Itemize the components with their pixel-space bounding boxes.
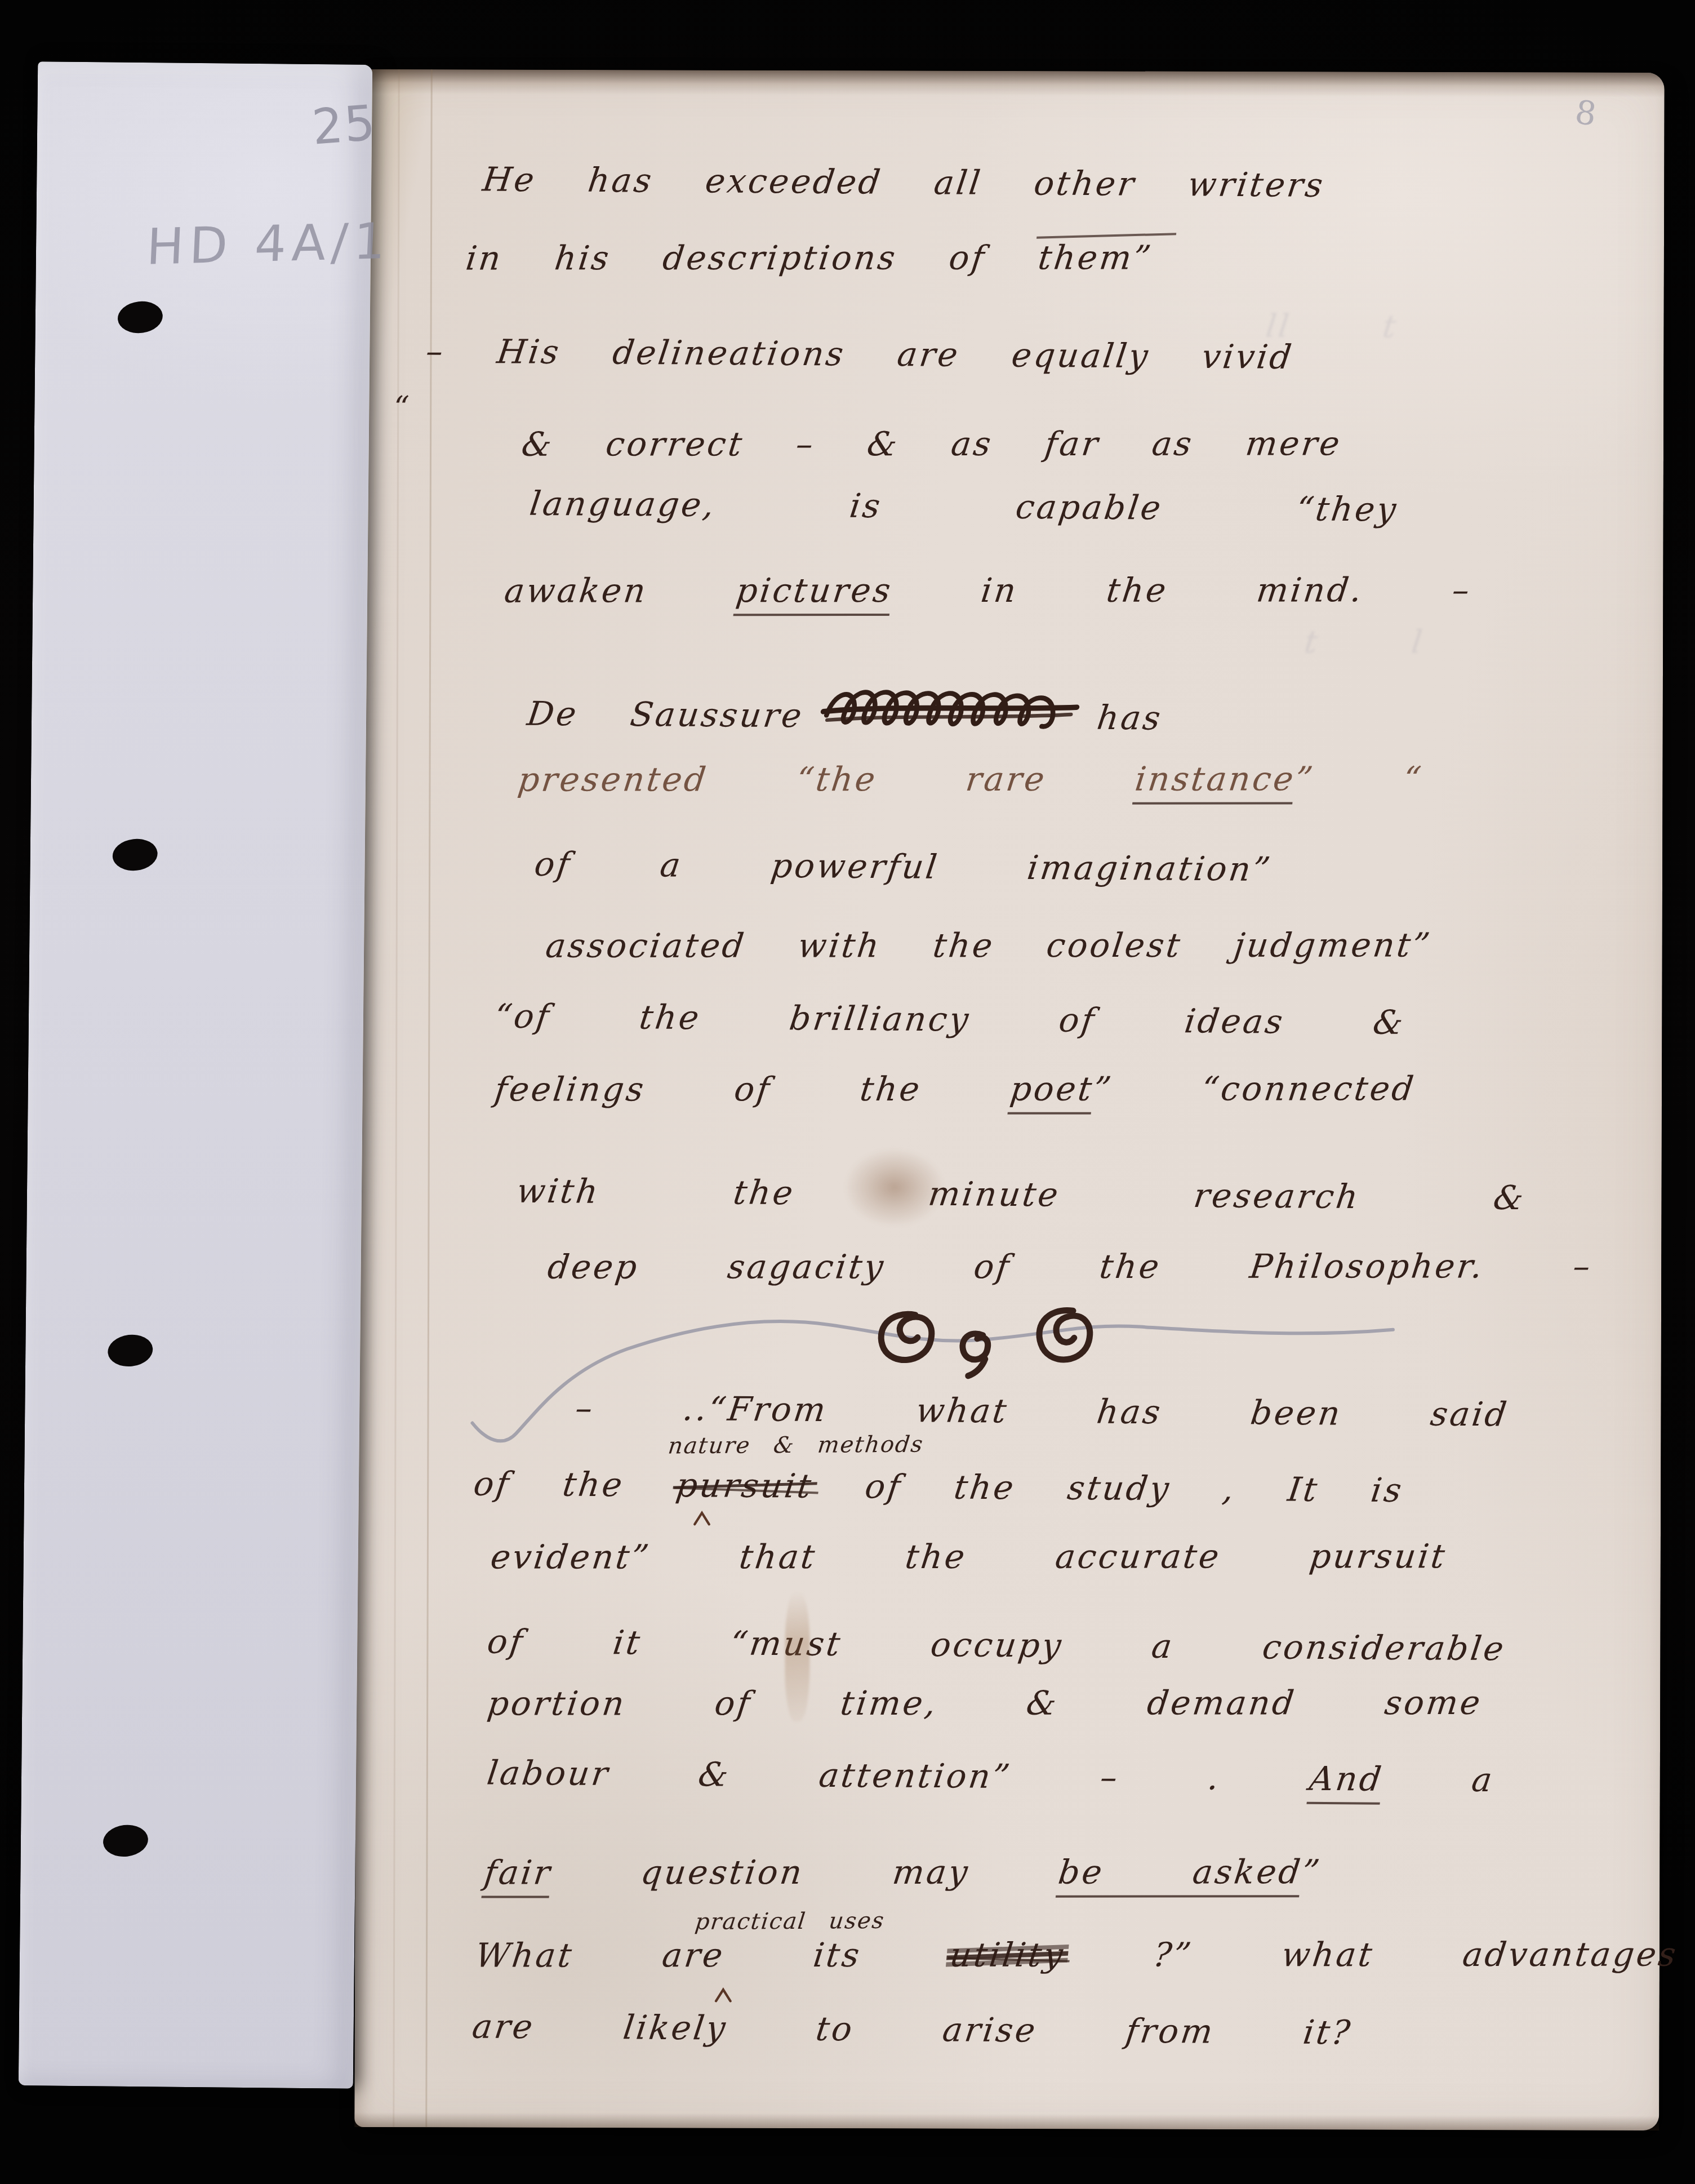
manuscript-line: of it “must occupy a considerable: [485, 1621, 1509, 1671]
text-segment: a: [1381, 1760, 1497, 1799]
pencil-reference-code: HD 4A/1: [145, 212, 392, 276]
text-segment: ?” what advantages: [1062, 1935, 1680, 1974]
text-segment-underlined: And: [1306, 1759, 1386, 1805]
manuscript-line: portion of time, & demand some: [485, 1681, 1485, 1725]
text-segment: portion of time, & demand some: [486, 1683, 1485, 1723]
manuscript-page: 8 ll t t l He has exceeded all other wri…: [354, 69, 1665, 2130]
ink-showthrough: t l: [1302, 624, 1426, 661]
text-segment-underlined: be asked: [1056, 1852, 1305, 1897]
text-segment-underlined: fair: [481, 1853, 554, 1898]
page-edge-crease: [425, 69, 433, 2127]
manuscript-line: of the pursuit of the study , It is: [471, 1463, 1406, 1512]
text-segment: ” “: [1293, 759, 1425, 798]
manuscript-line: feelings of the poet” “connected: [492, 1067, 1418, 1111]
ink-loop-symbols: [881, 1310, 1090, 1377]
text-segment: & correct – & as far as mere: [519, 424, 1344, 463]
manuscript-line: presented “the rare instance” “: [515, 757, 1425, 801]
page-edge-crease: [393, 69, 400, 2127]
text-segment: De Saussure: [525, 694, 806, 735]
punch-hole: [116, 299, 164, 336]
text-segment-underlined: poet: [1007, 1069, 1096, 1115]
stray-quotation-mark: “: [394, 389, 410, 425]
manuscript-line: in his descriptions of them”: [464, 236, 1155, 279]
ink-streak: [785, 1592, 810, 1721]
manuscript-line: labour & attention” – . And a: [484, 1752, 1497, 1801]
interlinear-insertion: nature & methods: [666, 1432, 925, 1459]
text-segment: question may: [550, 1853, 1061, 1892]
text-segment: of it “must occupy a considerable: [485, 1622, 1508, 1668]
manuscript-line: of a powerful imagination”: [532, 843, 1275, 891]
caret-mark: [714, 1987, 732, 2003]
text-segment: deep sagacity of the Philosopher. –: [546, 1246, 1595, 1286]
manuscript-line: evident” that the accurate pursuit: [488, 1535, 1449, 1578]
scribble-deletion: [815, 678, 1087, 739]
ink-smudge: [843, 1148, 945, 1227]
text-segment: ” “connected: [1091, 1069, 1418, 1108]
manuscript-line: & correct – & as far as mere: [519, 422, 1344, 465]
binding-guard-paper: 25 HD 4A/1: [19, 61, 372, 2089]
text-segment: language, is capable “they: [528, 484, 1401, 529]
text-segment: in his descriptions of: [464, 238, 1040, 278]
text-segment: in the mind. –: [890, 570, 1474, 610]
text-segment: evident” that the accurate pursuit: [488, 1537, 1449, 1576]
manuscript-line: with the minute research &: [514, 1170, 1528, 1219]
text-segment: feelings of the: [492, 1069, 1013, 1109]
manuscript-line: He has exceeded all other writers: [481, 158, 1328, 207]
manuscript-line: De Saussure has: [524, 677, 1167, 740]
text-segment: ”: [1300, 1852, 1324, 1891]
text-segment-struck: pursuit: [674, 1466, 816, 1506]
pencil-page-number: 8: [1573, 92, 1599, 134]
text-segment-underlined: instance: [1132, 760, 1298, 805]
text-segment: has: [1095, 698, 1165, 738]
text-segment: associated with the coolest judgment”: [544, 925, 1434, 965]
text-segment-overlined: them: [1036, 238, 1136, 277]
text-segment: with the minute research &: [514, 1171, 1528, 1217]
text-segment: are likely to arise from it?: [470, 2007, 1354, 2052]
manuscript-line: “of the brilliancy of ideas &: [492, 995, 1408, 1044]
punch-hole: [106, 1333, 154, 1369]
section-divider: [457, 1281, 1416, 1469]
text-segment: labour & attention” – .: [485, 1754, 1313, 1798]
text-segment-underlined: pictures: [733, 571, 895, 616]
text-segment: – ..“From what has been said: [573, 1388, 1511, 1434]
text-segment: of a powerful imagination”: [532, 845, 1275, 889]
manuscript-line: are likely to arise from it?: [470, 2005, 1355, 2054]
text-segment-struck: utility: [948, 1936, 1067, 1974]
punch-hole: [111, 837, 159, 873]
manuscript-line: – His delineations are equally vivid: [424, 330, 1296, 379]
text-segment: – His delineations are equally vivid: [424, 331, 1296, 376]
text-segment: awaken: [502, 571, 739, 610]
manuscript-line: What are its utility ?” what advantages: [473, 1933, 1680, 1977]
manuscript-line: – ..“From what has been said: [573, 1387, 1511, 1436]
manuscript-line: fair question may be asked”: [482, 1850, 1324, 1894]
interlinear-insertion: practical uses: [693, 1908, 886, 1935]
pencil-folio-number: 25: [310, 95, 378, 156]
text-segment: What are its: [473, 1936, 953, 1975]
text-segment: “of the brilliancy of ideas &: [492, 997, 1408, 1042]
text-segment: He has exceeded all other writers: [481, 160, 1327, 205]
punch-hole: [101, 1823, 150, 1859]
photograph-background: 8 ll t t l He has exceeded all other wri…: [0, 0, 1695, 2184]
manuscript-line: associated with the coolest judgment”: [544, 924, 1435, 967]
text-segment: presented “the rare: [516, 760, 1138, 799]
manuscript-line: language, is capable “they: [527, 482, 1401, 531]
caret-mark: [693, 1511, 711, 1526]
text-segment: of the study , It is: [811, 1467, 1406, 1510]
text-segment: of the: [471, 1464, 679, 1504]
manuscript-line: awaken pictures in the mind. –: [502, 569, 1474, 612]
